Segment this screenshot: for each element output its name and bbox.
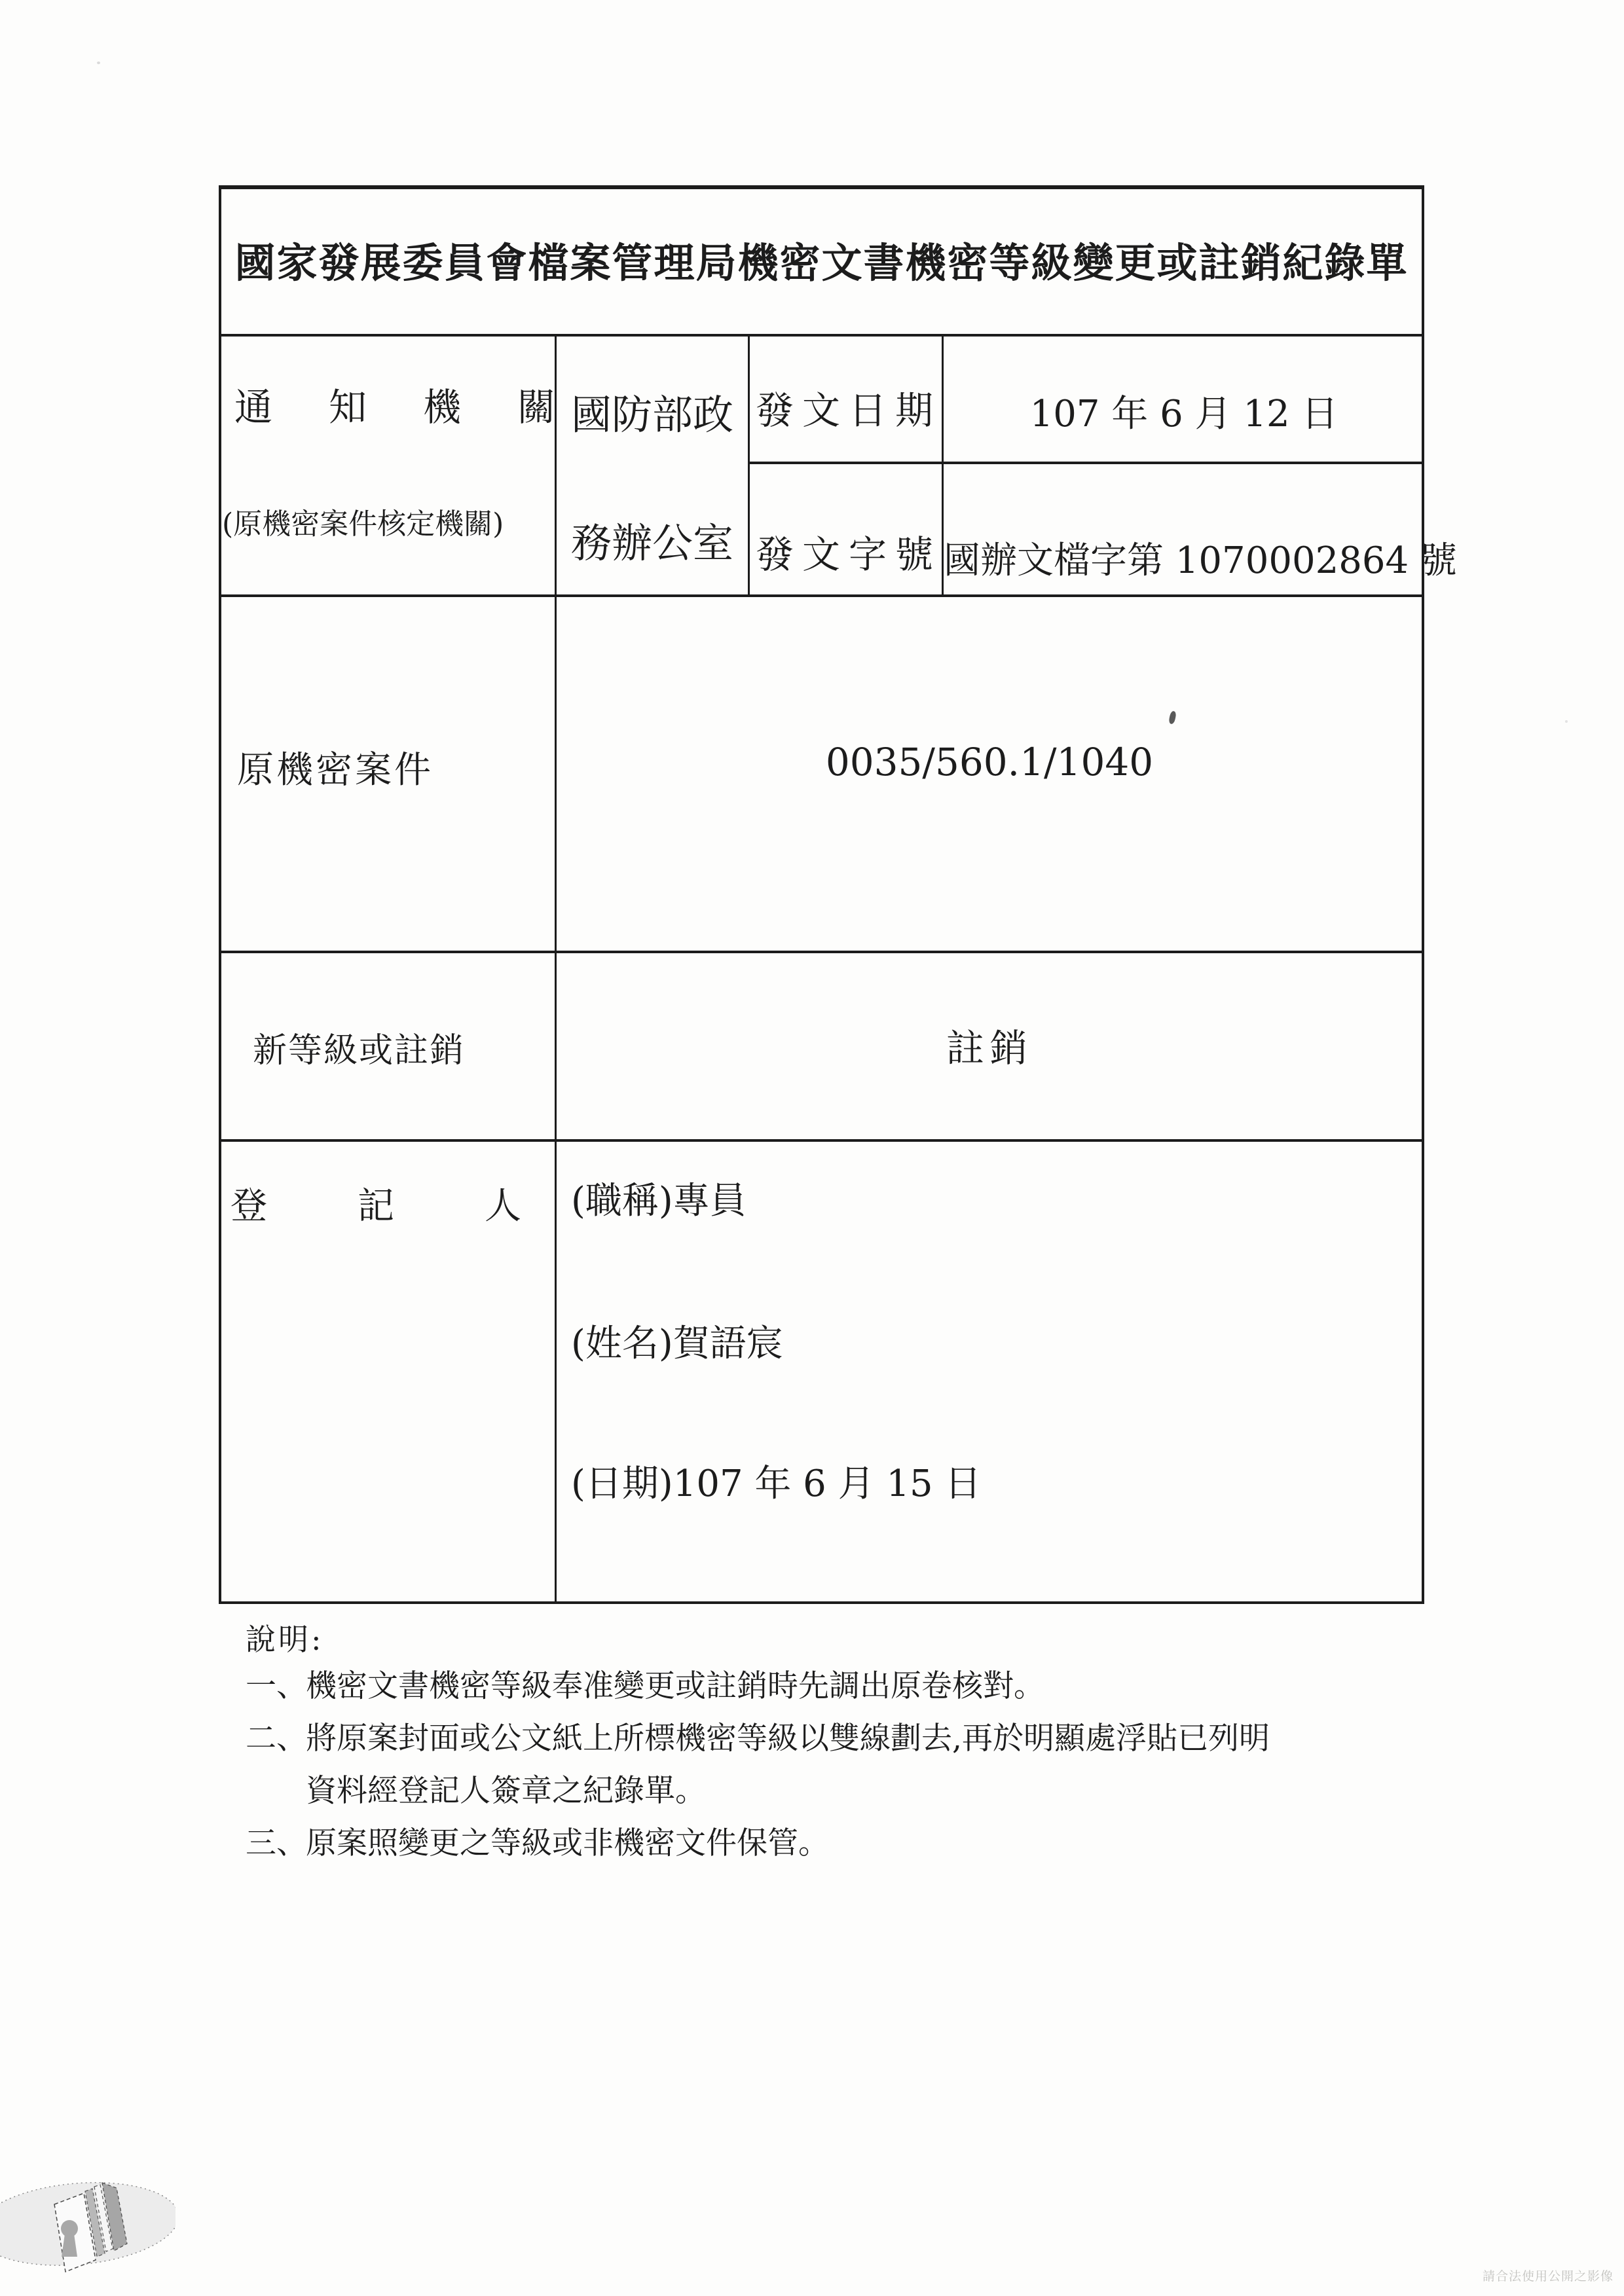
column-divider-labels <box>555 334 557 1604</box>
scan-speck <box>97 62 100 64</box>
note-text: 機密文書機密等級奉准變更或註銷時先調出原卷核對。 <box>306 1660 1274 1713</box>
note-number: 三、 <box>246 1817 306 1870</box>
row-divider-case-bottom <box>219 951 1424 953</box>
note-number: 二、 <box>246 1713 306 1817</box>
notify-agency-value: 國防部政務辦公室 <box>571 351 737 608</box>
registrar-label: 登記人 <box>231 1177 612 1230</box>
issue-date-label: 發文日期 <box>756 380 942 435</box>
form-title: 國家發展委員會檔案管理局機密文書機密等級變更或註銷紀錄單 <box>219 230 1424 289</box>
original-case-value: 0035/560.1/1040 <box>555 740 1424 784</box>
notify-agency-sublabel: (原機密案件核定機關) <box>222 500 504 542</box>
row-divider-grade-bottom <box>219 1139 1424 1142</box>
note-item-3: 三、 原案照變更之等級或非機密文件保管。 <box>246 1817 1274 1870</box>
issue-number-label: 發文字號 <box>756 524 942 579</box>
sub-row-divider-date-number <box>748 462 1424 464</box>
scanned-document-page: 國家發展委員會檔案管理局機密文書機密等級變更或註銷紀錄單 通知機關 (原機密案件… <box>0 0 1624 2296</box>
note-item-2: 二、 將原案封面或公文紙上所標機密等級以雙線劃去,再於明顯處浮貼已列明資料經登記… <box>246 1713 1274 1817</box>
notify-agency-label: 通知機關 <box>234 376 612 431</box>
footer-usage-note: 請合法使用公開之影像 <box>1483 2267 1614 2284</box>
note-number: 一、 <box>246 1660 306 1713</box>
row-divider-title-bottom <box>219 334 1424 337</box>
new-grade-value: 註銷 <box>555 1017 1424 1072</box>
registrar-job-title: (職稱)專員 <box>571 1172 747 1224</box>
note-text: 原案照變更之等級或非機密文件保管。 <box>306 1817 1274 1870</box>
note-item-1: 一、 機密文書機密等級奉准變更或註銷時先調出原卷核對。 <box>246 1660 1274 1713</box>
new-grade-label: 新等級或註銷 <box>253 1023 465 1072</box>
column-divider-agency <box>748 334 750 594</box>
notes-heading: 說明: <box>246 1616 324 1659</box>
registrar-date: (日期)107 年 6 月 15 日 <box>571 1455 981 1507</box>
registrar-name: (姓名)賀語宸 <box>571 1315 783 1367</box>
issue-date-value: 107 年 6 月 12 日 <box>944 385 1424 437</box>
archives-logo-watermark-icon <box>0 2155 175 2283</box>
original-case-label: 原機密案件 <box>237 741 434 793</box>
row-divider-notify-bottom <box>219 594 1424 597</box>
scan-speck <box>1565 720 1568 723</box>
notes-list: 一、 機密文書機密等級奉准變更或註銷時先調出原卷核對。 二、 將原案封面或公文紙… <box>246 1660 1274 1870</box>
note-text: 將原案封面或公文紙上所標機密等級以雙線劃去,再於明顯處浮貼已列明資料經登記人簽章… <box>306 1713 1274 1817</box>
issue-number-value: 國辦文檔字第 1070002864 號 <box>944 532 1424 584</box>
